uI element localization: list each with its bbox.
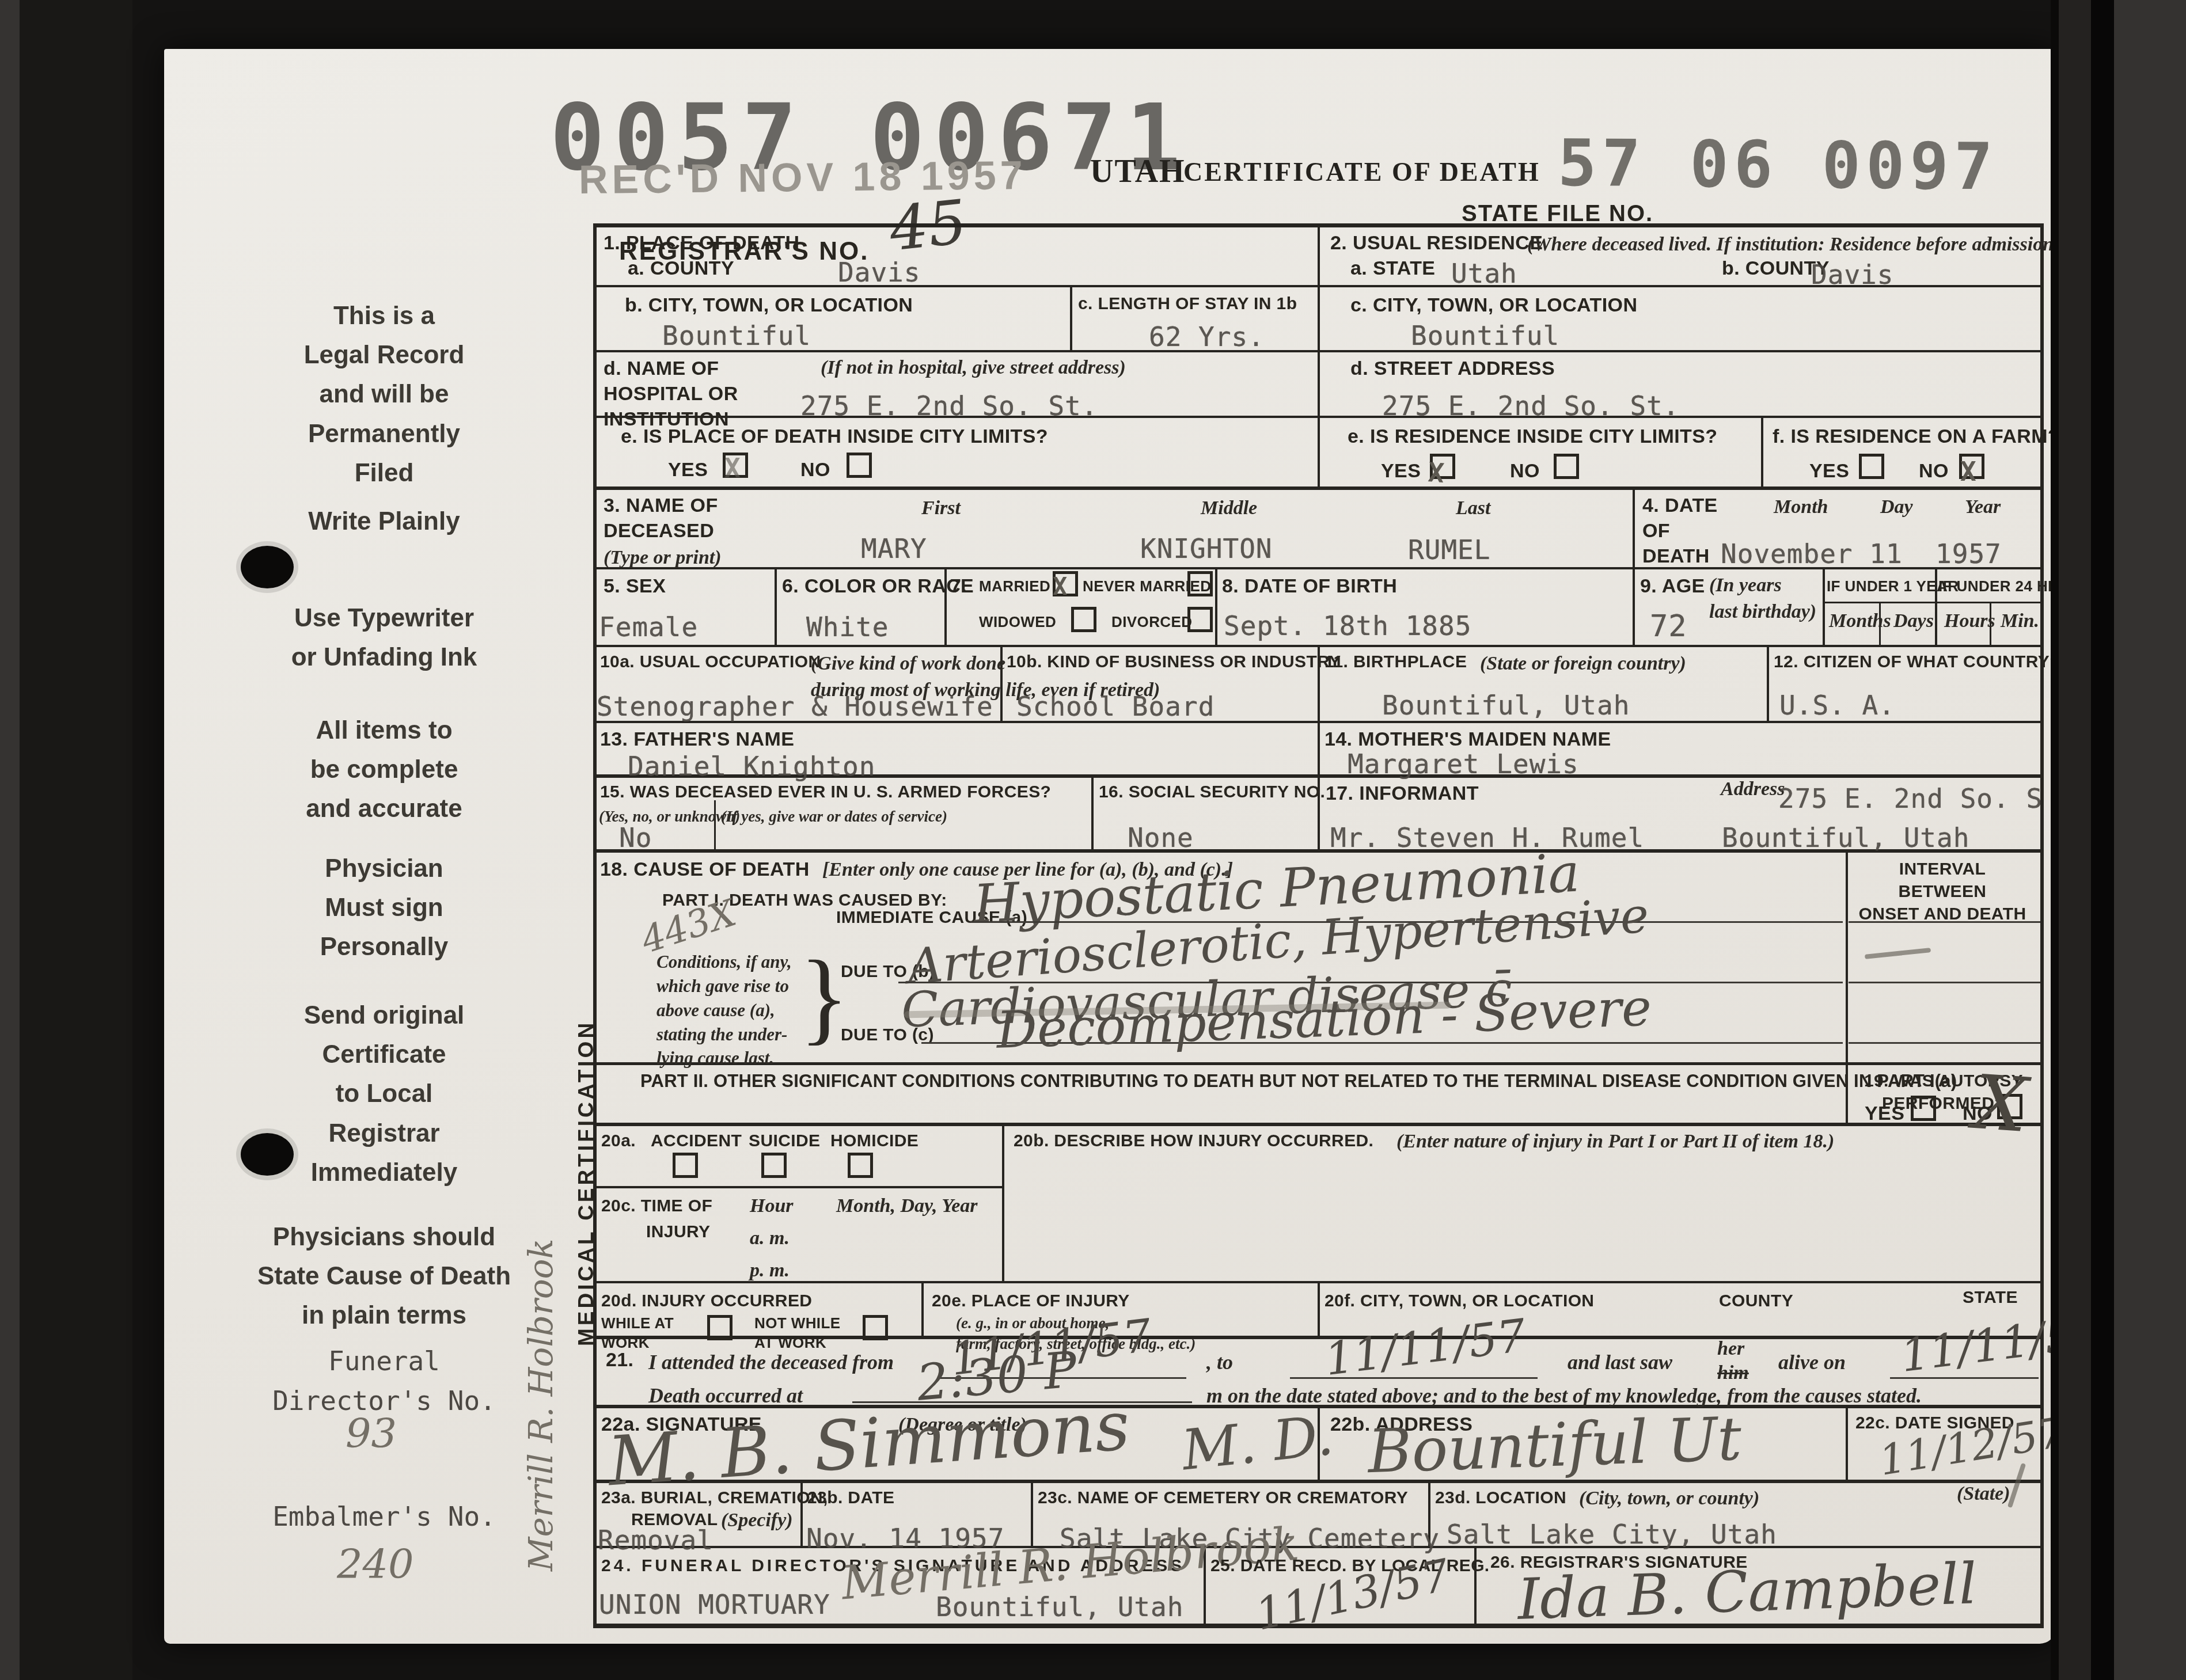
- rule-v: [1002, 1123, 1004, 1281]
- interval-label: INTERVAL BETWEEN ONSET AND DEATH: [1853, 858, 2032, 925]
- funeral-home-value: UNION MORTUARY: [599, 1589, 830, 1620]
- injury-occurred-label: 20d. INJURY OCCURRED: [601, 1290, 812, 1312]
- length-of-stay-label: c. LENGTH OF STAY IN 1b: [1078, 292, 1297, 315]
- usual-residence-note: (Where deceased lived. If institution: R…: [1527, 231, 2060, 258]
- rule-v: [1070, 285, 1072, 350]
- residence-city-limits-label: e. IS RESIDENCE INSIDE CITY LIMITS?: [1348, 424, 1717, 449]
- funeral-director-no-value: 93: [346, 1413, 397, 1454]
- physician-degree-value: M. D.: [1179, 1407, 1336, 1478]
- checkbox-accident: [673, 1153, 698, 1178]
- no-label: NO: [800, 457, 830, 482]
- margin-legal-record-note: This is a Legal Record and will be Perma…: [185, 297, 583, 493]
- interval-row-line: [1849, 921, 2040, 923]
- sex-value: Female: [599, 611, 698, 643]
- registrar-signature-value: Ida B. Campbell: [1517, 1556, 1978, 1628]
- describe-injury-label: 20b. DESCRIBE HOW INJURY OCCURRED.: [1014, 1130, 1373, 1152]
- margin-physician-sign-note: Physician Must sign Personally: [185, 849, 583, 967]
- blank-line: [1890, 1377, 2039, 1379]
- attended-text-3: and last saw: [1568, 1348, 1672, 1377]
- location-state-note: (State): [1957, 1481, 2010, 1507]
- not-while-at-work-label: NOT WHILE AT WORK: [754, 1314, 840, 1353]
- birthplace-note: (State or foreign country): [1480, 651, 1686, 677]
- checkbox-death-city-limits-no: [847, 453, 872, 478]
- state-label: a. STATE: [1350, 256, 1435, 281]
- year-label: Year: [1965, 494, 2001, 520]
- state-word: UTAH: [1090, 153, 1186, 190]
- month-label: Month: [1774, 494, 1828, 520]
- street-address-value: 275 E. 2nd So. St.: [1382, 390, 1680, 421]
- checkbox-divorced: [1187, 607, 1213, 632]
- margin-write-plainly-note: Write Plainly: [185, 502, 583, 541]
- rule-h: [593, 486, 2044, 490]
- divorced-label: DIVORCED: [1111, 613, 1192, 632]
- length-of-stay-value: 62 Yrs.: [1149, 321, 1265, 352]
- no-label: NO: [1919, 458, 1949, 484]
- no-label: NO: [1510, 458, 1540, 484]
- rule-v: [1846, 1405, 1848, 1480]
- checkbox-homicide: [848, 1153, 873, 1178]
- rule-v: [921, 1281, 924, 1336]
- rule-h: [593, 1186, 1004, 1188]
- married-label: MARRIED: [979, 577, 1050, 596]
- time-of-injury-label: 20c. TIME OF: [601, 1195, 712, 1217]
- describe-injury-note: (Enter nature of injury in Part I or Par…: [1396, 1128, 1834, 1155]
- burial-specify-note: (Specify): [721, 1507, 793, 1534]
- certificate-title: CERTIFICATE OF DEATH: [1183, 157, 1540, 187]
- due-to-c-label: DUE TO (c): [841, 1024, 934, 1046]
- rule-v: [1633, 486, 1635, 645]
- date-of-birth-value: Sept. 18th 1885: [1224, 610, 1471, 641]
- attended-text-2: , to: [1206, 1348, 1233, 1377]
- residence-county-value: Davis: [1811, 259, 1893, 290]
- month-day-year-label: Month, Day, Year: [836, 1193, 978, 1219]
- ssn-label: 16. SOCIAL SECURITY NO.: [1099, 781, 1325, 803]
- signer-address-value: Bountiful Ut: [1367, 1409, 1743, 1482]
- last-name-value: RUMEL: [1408, 534, 1490, 565]
- margin-send-original-note: Send original Certificate to Local Regis…: [185, 996, 583, 1192]
- widowed-label: WIDOWED: [979, 613, 1056, 632]
- punch-hole: [241, 546, 294, 588]
- county-label: a. COUNTY: [628, 256, 734, 281]
- min-label: Min.: [2001, 608, 2039, 634]
- yes-label: YES: [1809, 458, 1849, 484]
- rule-h: [593, 1123, 2044, 1126]
- birthplace-label: 11. BIRTHPLACE: [1324, 651, 1467, 673]
- age-label: 9. AGE: [1640, 573, 1705, 599]
- informant-address-label: Address: [1721, 776, 1785, 803]
- death-city-limits-label: e. IS PLACE OF DEATH INSIDE CITY LIMITS?: [621, 424, 1048, 449]
- rule-v: [1823, 567, 1825, 645]
- rule-h: [593, 1062, 2044, 1065]
- hospital-value: 275 E. 2nd So. St.: [800, 390, 1098, 421]
- location-label: 23d. LOCATION: [1435, 1487, 1566, 1509]
- scanned-page: 0057 00671 REC'D NOV 18 1957 REGISTRAR'S…: [0, 0, 2186, 1680]
- conditions-note: Conditions, if any, which gave rise to a…: [656, 950, 792, 1070]
- checkbox-residence-farm-yes: [1859, 454, 1884, 479]
- rule-v: [1767, 645, 1769, 721]
- burial-label: 23a. BURIAL, CREMATION,: [601, 1487, 828, 1509]
- rule-h: [1823, 602, 2041, 603]
- hospital-note: (If not in hospital, give street address…: [821, 355, 1126, 381]
- check-mark: X: [724, 453, 741, 484]
- mother-name-value: Margaret Lewis: [1348, 748, 1579, 780]
- checkbox-widowed: [1071, 607, 1096, 632]
- city-label: b. CITY, TOWN, OR LOCATION: [625, 292, 913, 318]
- injury-state-label: STATE: [1963, 1286, 2018, 1309]
- checkbox-suicide: [761, 1153, 787, 1178]
- rule-v: [1761, 416, 1763, 486]
- attended-text-1: I attended the deceased from: [648, 1348, 894, 1377]
- injury-city-label: 20f. CITY, TOWN, OR LOCATION: [1324, 1290, 1594, 1312]
- interval-row-line: [1849, 982, 2040, 983]
- death-occurred-text: Death occurred at: [648, 1382, 803, 1410]
- middle-name-label: Middle: [1201, 495, 1257, 522]
- industry-label: 10b. KIND OF BUSINESS OR INDUSTRY: [1007, 651, 1341, 673]
- race-value: White: [806, 611, 889, 643]
- checkbox-residence-city-limits-no: [1554, 454, 1579, 479]
- if-under-24-hrs-label: IF UNDER 24 HRS.: [1938, 577, 2074, 596]
- first-name-value: MARY: [861, 533, 927, 564]
- rule-v: [1318, 223, 1320, 486]
- residence-city-value: Bountiful: [1411, 320, 1559, 351]
- armed-forces-label: 15. WAS DECEASED EVER IN U. S. ARMED FOR…: [600, 781, 1051, 803]
- pm-label: p. m.: [750, 1257, 790, 1284]
- date-of-death-value: November 11 1957: [1721, 538, 2002, 569]
- check-mark: X: [1053, 572, 1067, 600]
- margin-typewriter-note: Use Typewriter or Unfading Ink: [185, 599, 583, 677]
- checkbox-while-at-work: [707, 1315, 733, 1340]
- checkbox-never-married: [1187, 571, 1213, 596]
- am-label: a. m.: [750, 1225, 790, 1252]
- date-of-death-label: 4. DATE OF DEATH: [1642, 493, 1718, 569]
- location-value: Salt Lake City, Utah: [1447, 1519, 1777, 1550]
- informant-label: 17. INFORMANT: [1326, 781, 1479, 806]
- homicide-label: HOMICIDE: [830, 1130, 919, 1152]
- date-of-birth-label: 8. DATE OF BIRTH: [1222, 573, 1397, 599]
- check-mark: X: [1427, 457, 1445, 489]
- blank-line: [1290, 1377, 1538, 1379]
- yes-label: YES: [1381, 458, 1421, 484]
- rule-v: [593, 223, 597, 1626]
- suicide-label: SUICIDE: [749, 1130, 821, 1152]
- father-name-label: 13. FATHER'S NAME: [600, 727, 794, 752]
- usual-residence-title: 2. USUAL RESIDENCE: [1330, 230, 1543, 256]
- residence-farm-label: f. IS RESIDENCE ON A FARM?: [1773, 424, 2060, 449]
- industry-value: School Board: [1016, 691, 1215, 722]
- county-value: Davis: [838, 257, 920, 288]
- residence-city-label: c. CITY, TOWN, OR LOCATION: [1350, 292, 1637, 318]
- margin-side-signature: Merrill R. Holbrook: [524, 1192, 564, 1618]
- middle-name-value: KNIGHTON: [1140, 533, 1273, 564]
- city-value: Bountiful: [662, 320, 811, 351]
- armed-forces-note2: (If yes, give war or dates of service): [721, 806, 947, 827]
- cause-of-death-title: 18. CAUSE OF DEATH: [600, 857, 810, 882]
- yes-label: YES: [1865, 1101, 1904, 1126]
- hospital-label: d. NAME OF HOSPITAL OR INSTITUTION: [604, 356, 738, 432]
- birthplace-value: Bountiful, Utah: [1382, 690, 1630, 721]
- citizen-label: 12. CITIZEN OF WHAT COUNTRY?: [1774, 651, 2060, 673]
- hour-label: Hour: [750, 1193, 794, 1219]
- rule-v: [1318, 645, 1320, 849]
- marital-num: 7.: [950, 573, 967, 599]
- ssn-value: None: [1128, 822, 1194, 853]
- sex-label: 5. SEX: [604, 573, 666, 599]
- accident-label: ACCIDENT: [651, 1130, 742, 1152]
- location-note: (City, town, or county): [1579, 1485, 1759, 1512]
- name-of-deceased-title: 3. NAME OF DECEASED: [604, 493, 718, 543]
- state-file-no-stamp: 57 06 0097: [1557, 126, 1998, 205]
- occupation-value: Stenographer & Housewife: [597, 691, 993, 722]
- informant-address1-value: 275 E. 2nd So. S: [1778, 783, 2043, 814]
- attended-text-4: alive on: [1778, 1348, 1846, 1377]
- first-name-label: First: [921, 495, 961, 522]
- check-mark: X: [1960, 456, 1976, 487]
- yes-label: YES: [668, 457, 708, 482]
- place-of-death-title: 1. PLACE OF DEATH: [604, 230, 800, 256]
- months-label: Months: [1829, 608, 1891, 634]
- rule-v: [1091, 774, 1094, 849]
- injury-county-label: COUNTY: [1719, 1290, 1793, 1312]
- armed-forces-value: No: [619, 822, 652, 853]
- type-or-print-note: (Type or print): [604, 545, 722, 571]
- s21-num: 21.: [606, 1347, 633, 1373]
- age-note: (In years last birthday): [1709, 572, 1816, 625]
- street-address-label: d. STREET ADDRESS: [1350, 356, 1555, 381]
- checkbox-not-while-at-work: [863, 1315, 888, 1340]
- informant-address2-value: Bountiful, Utah: [1722, 822, 1969, 853]
- rule-v: [1318, 1281, 1320, 1336]
- s20a-num: 20a.: [601, 1130, 636, 1152]
- interval-row-line: [1849, 1042, 2040, 1044]
- checkbox-autopsy-yes: [1911, 1096, 1936, 1121]
- citizen-value: U.S. A.: [1779, 690, 1895, 721]
- embalmer-no-value: 240: [337, 1544, 414, 1584]
- place-of-injury-label: 20e. PLACE OF INJURY: [932, 1290, 1130, 1312]
- cemetery-label: 23c. NAME OF CEMETERY OR CREMATORY: [1038, 1487, 1408, 1509]
- race-label: 6. COLOR OR RACE: [782, 573, 974, 599]
- margin-complete-note: All items to be complete and accurate: [185, 711, 583, 829]
- father-name-value: Daniel Knighton: [628, 751, 875, 782]
- her-word: her: [1717, 1336, 1744, 1362]
- days-label: Days: [1893, 608, 1934, 634]
- day-label: Day: [1880, 494, 1913, 520]
- burial-value: Removal: [598, 1525, 714, 1556]
- rule-v: [775, 567, 777, 645]
- hours-label: Hours: [1944, 608, 1995, 634]
- rule-v: [1215, 567, 1217, 645]
- age-value: 72: [1650, 609, 1687, 644]
- autopsy-no-mark: X: [1972, 1065, 2030, 1143]
- burial-date-label: 23b. DATE: [807, 1487, 894, 1509]
- funeral-home-city-value: Bountiful, Utah: [936, 1591, 1183, 1622]
- rule-v: [1031, 1480, 1033, 1546]
- last-name-label: Last: [1456, 495, 1490, 522]
- part2-label: PART II. OTHER SIGNIFICANT CONDITIONS CO…: [640, 1070, 1957, 1093]
- time-of-injury-label2: INJURY: [646, 1221, 710, 1243]
- state-value: Utah: [1451, 258, 1517, 289]
- occupation-label: 10a. USUAL OCCUPATION: [600, 651, 821, 673]
